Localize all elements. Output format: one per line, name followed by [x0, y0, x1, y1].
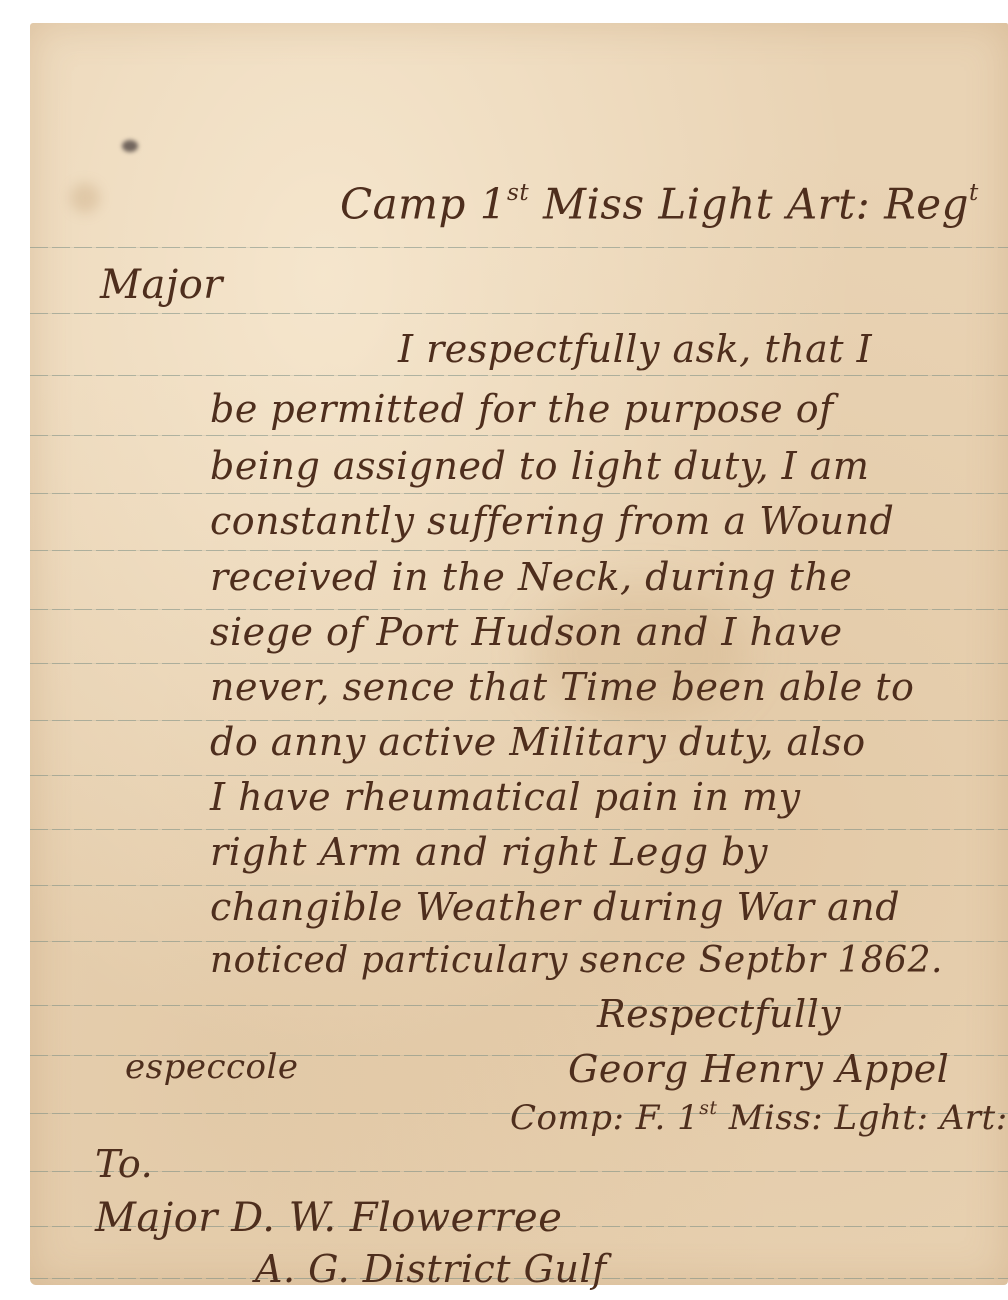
address-name: Major D. W. Flowerree [95, 1198, 562, 1238]
ruled-line [30, 663, 1008, 664]
ruled-line [30, 1171, 1008, 1172]
ruled-line [30, 375, 1008, 376]
body-line: being assigned to light duty, I am [210, 447, 869, 485]
body-line: right Arm and right Legg by [210, 833, 768, 871]
address-title: A. G. District Gulf [255, 1250, 607, 1288]
unit-post: Miss: Lght: Art: [717, 1098, 1007, 1138]
closing: Respectfully [597, 995, 841, 1033]
body-line: I have rheumatical pain in my [210, 778, 801, 816]
address-to: To. [95, 1145, 153, 1183]
side-note: especcole [125, 1050, 299, 1084]
signature: Georg Henry Appel [568, 1050, 949, 1088]
stain [70, 183, 100, 213]
ruled-line [30, 435, 1008, 436]
unit-pre: Comp: F. 1 [510, 1098, 699, 1138]
heading-sup: st [507, 180, 529, 206]
body-line: constantly suffering from a Wound [210, 502, 894, 540]
salutation: Major [100, 265, 223, 305]
unit-line: Comp: F. 1st Miss: Lght: Art: [510, 1100, 1008, 1135]
body-line: do anny active Military duty, also [210, 723, 866, 761]
body-line: I respectfully ask, that I [398, 330, 872, 368]
heading-camp: Camp 1 [340, 179, 507, 228]
ruled-line [30, 550, 1008, 551]
ruled-line [30, 493, 1008, 494]
body-line: changible Weather during War and [210, 888, 900, 926]
ink-spot [122, 140, 138, 152]
body-line: be permitted for the purpose of [210, 390, 834, 428]
ruled-line [30, 313, 1008, 314]
heading-sup-2: t [969, 180, 979, 206]
ruled-line [30, 1005, 1008, 1006]
heading: Camp 1st Miss Light Art: Regt [340, 182, 979, 225]
body-line: siege of Port Hudson and I have [210, 613, 843, 651]
unit-sup: st [699, 1098, 717, 1119]
ruled-line [30, 247, 1008, 248]
body-line: never, sence that Time been able to [210, 668, 914, 706]
body-line: received in the Neck, during the [210, 558, 852, 596]
body-line: noticed particulary sence Septbr 1862. [210, 943, 943, 979]
heading-rest: Miss Light Art: Reg [529, 179, 969, 228]
